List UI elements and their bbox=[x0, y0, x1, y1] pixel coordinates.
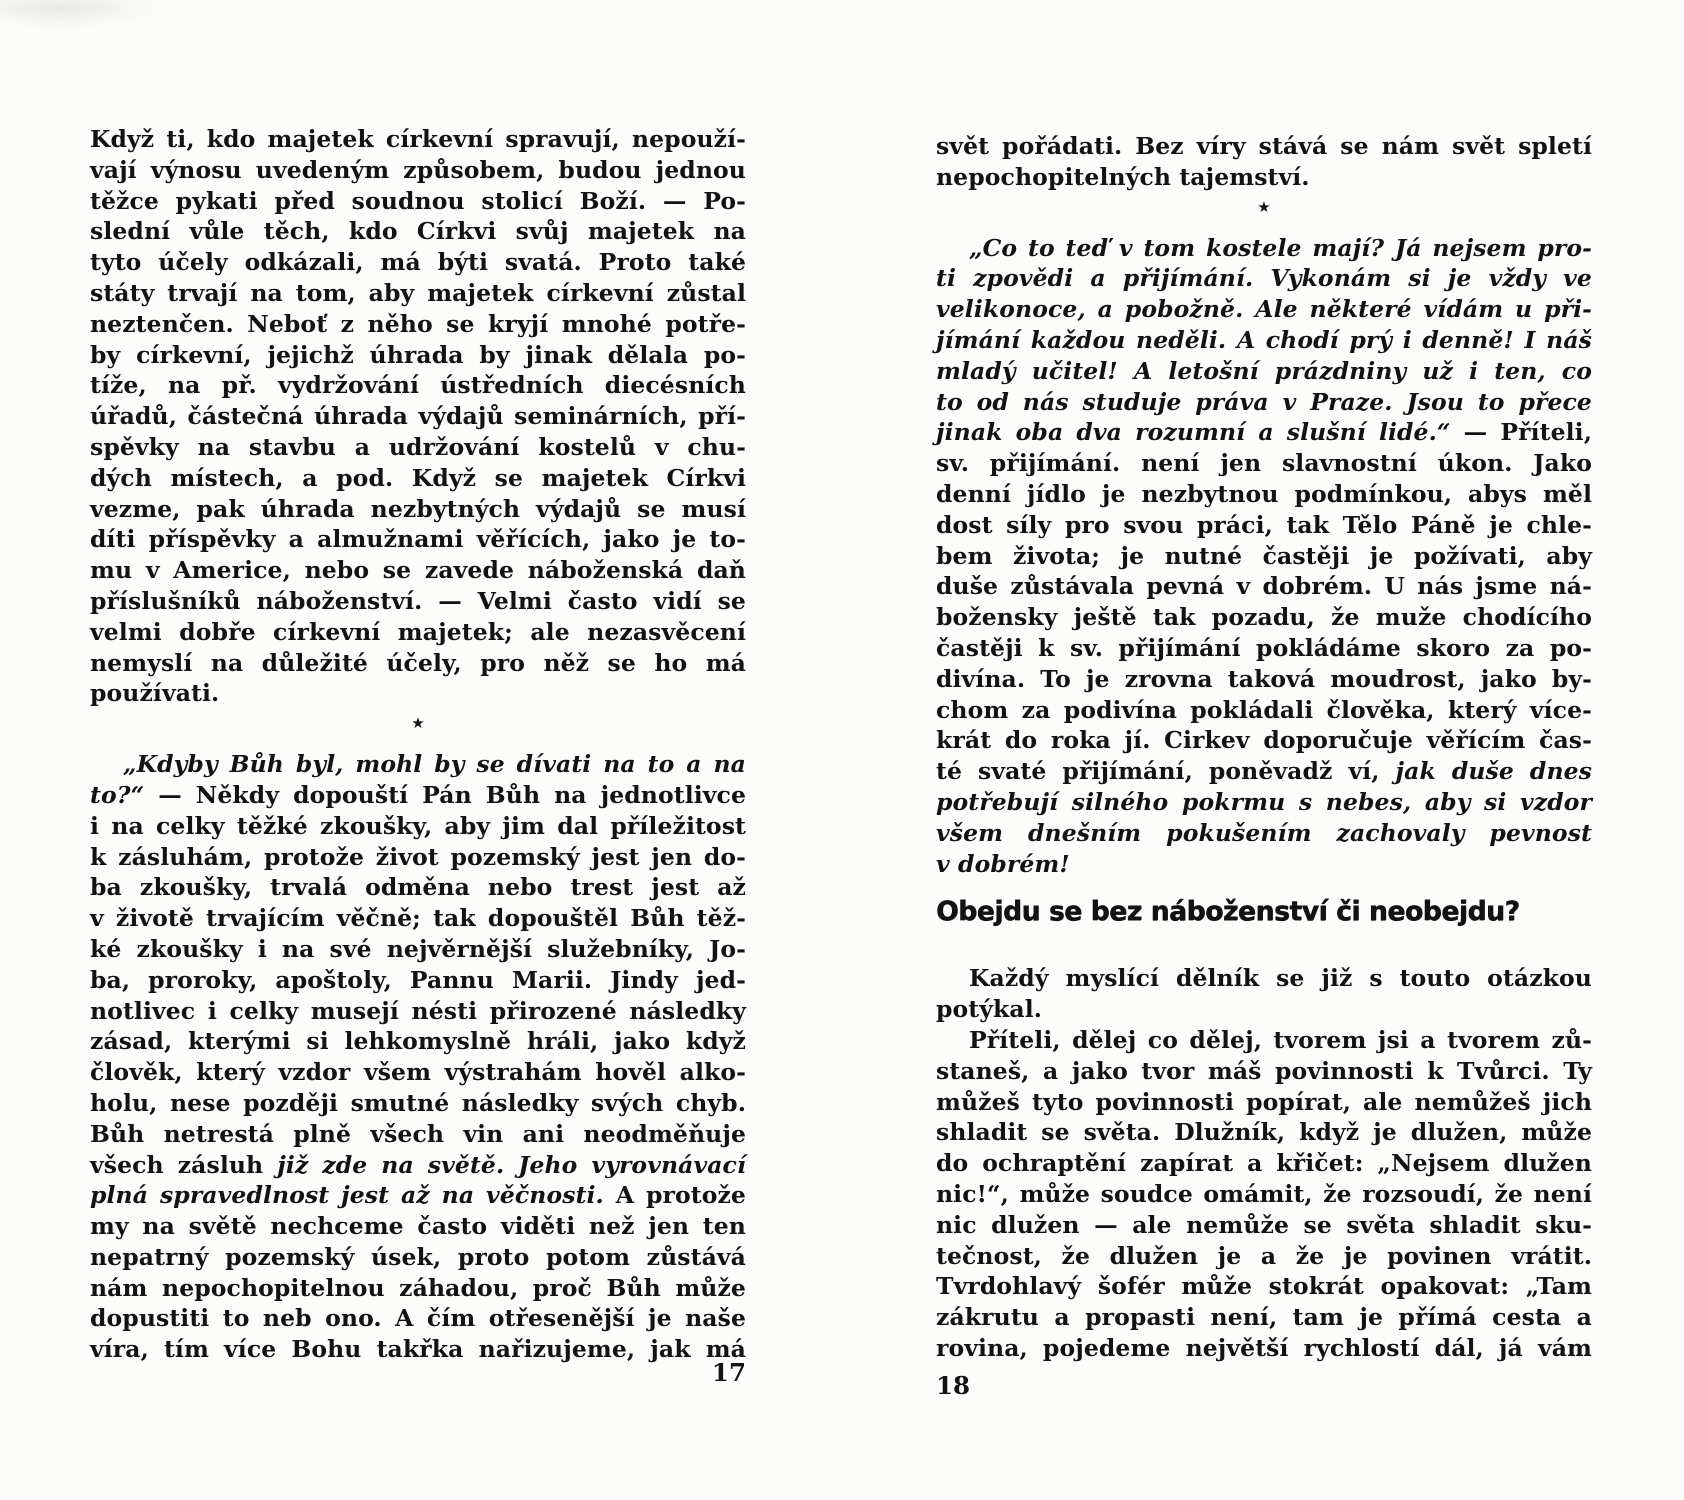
text-line: to?“ — Někdy dopouští Pán Bůh na jednotl… bbox=[90, 780, 746, 811]
paragraph: „Kdyby Bůh byl, mohl by se dívati na to … bbox=[90, 749, 746, 1365]
italic-text-segment: plná spravedlnost jest až na věčnosti. bbox=[90, 1181, 604, 1209]
text-line: nám nepochopitelnou záhadou, proč Bůh mů… bbox=[90, 1273, 746, 1304]
text-segment: státy trvají na tom, aby majetek církevn… bbox=[90, 279, 746, 307]
text-line: v životě trvajícím věčně; tak dopouštěl … bbox=[90, 903, 746, 934]
text-line: ti zpovědi a přijímání. Vykonám si je vž… bbox=[936, 263, 1592, 294]
section-separator: ★ bbox=[90, 709, 746, 749]
text-segment: spěvky na stavbu a udržování kostelů v c… bbox=[90, 433, 746, 461]
text-segment: tyto účely odkázali, má býti svatá. Prot… bbox=[90, 248, 746, 276]
text-line: potřebují silného pokrmu s nebes, aby si… bbox=[936, 787, 1592, 818]
text-segment: nepatrný pozemský úsek, proto potom zůst… bbox=[90, 1243, 746, 1271]
text-line: státy trvají na tom, aby majetek církevn… bbox=[90, 278, 746, 309]
text-line: shladit se světa. Dlužník, když je dluže… bbox=[936, 1117, 1592, 1148]
text-segment: shladit se světa. Dlužník, když je dluže… bbox=[936, 1118, 1592, 1146]
text-line: vezme, pak úhrada nezbytných výdajů se m… bbox=[90, 494, 746, 525]
text-line: tíže, na př. vydržování ústředních diecé… bbox=[90, 370, 746, 401]
text-segment: nic!“, může soudce omámit, že rozsoudí, … bbox=[936, 1180, 1592, 1208]
star-separator-icon: ★ bbox=[411, 716, 425, 731]
text-segment: můžeš tyto povinnosti popírat, ale nemůž… bbox=[936, 1088, 1592, 1116]
text-segment: mu v Americe, nebo se zavede náboženská … bbox=[90, 556, 746, 584]
text-line: dopustiti to neb ono. A čím otřesenější … bbox=[90, 1303, 746, 1334]
text-segment: velmi dobře církevní majetek; ale nezasv… bbox=[90, 618, 746, 646]
text-segment: i na celky těžké zkoušky, aby jim dal př… bbox=[90, 812, 746, 840]
italic-text-segment: jímání každou neděli. A chodí prý i denn… bbox=[936, 326, 1592, 354]
text-line: příslušníků náboženství. — Velmi často v… bbox=[90, 586, 746, 617]
text-line: slední vůle těch, kdo Církvi svůj majete… bbox=[90, 216, 746, 247]
star-separator-icon: ★ bbox=[1257, 200, 1271, 215]
text-line: nepochopitelných tajemství. bbox=[936, 162, 1592, 193]
text-segment: všech zásluh bbox=[90, 1151, 277, 1179]
text-segment: rovina, pojedeme největší rychlostí dál,… bbox=[936, 1334, 1592, 1362]
italic-text-segment: již zde na světě. Jeho vyrovnávací bbox=[277, 1151, 746, 1179]
text-segment: ba zkoušky, trvalá odměna nebo trest jes… bbox=[90, 873, 746, 901]
text-segment: — Někdy dopouští Pán Bůh na jednotlivce bbox=[158, 781, 746, 809]
text-line: velmi dobře církevní majetek; ale nezasv… bbox=[90, 617, 746, 648]
text-segment: člověk, který vzdor všem výstrahám hověl… bbox=[90, 1058, 746, 1086]
text-line: mu v Americe, nebo se zavede náboženská … bbox=[90, 555, 746, 586]
text-line: v dobrém! bbox=[936, 849, 1592, 880]
paragraph: Každý myslící dělník se již s touto otáz… bbox=[936, 963, 1592, 1025]
left-page-text-column: Když ti, kdo majetek církevní spravují, … bbox=[90, 124, 746, 1365]
text-segment: používati. bbox=[90, 679, 219, 707]
paragraph: Když ti, kdo majetek církevní spravují, … bbox=[90, 124, 746, 709]
text-line: vají výnosu uvedeným způsobem, budou jed… bbox=[90, 155, 746, 186]
text-line: nepatrný pozemský úsek, proto potom zůst… bbox=[90, 1242, 746, 1273]
paragraph: Příteli, dělej co dělej, tvorem jsi a tv… bbox=[936, 1025, 1592, 1364]
text-line: člověk, který vzdor všem výstrahám hověl… bbox=[90, 1057, 746, 1088]
text-segment: nic dlužen — ale nemůže se světa shladit… bbox=[936, 1211, 1592, 1239]
text-line: dých místech, a pod. Když se majetek Cír… bbox=[90, 463, 746, 494]
text-line: my na světě nechceme často viděti než je… bbox=[90, 1211, 746, 1242]
italic-text-segment: to?“ bbox=[90, 781, 158, 809]
text-line: denní jídlo je nezbytnou podmínkou, abys… bbox=[936, 479, 1592, 510]
text-line: spěvky na stavbu a udržování kostelů v c… bbox=[90, 432, 746, 463]
text-segment: slední vůle těch, kdo Církvi svůj majete… bbox=[90, 217, 746, 245]
text-segment: nám nepochopitelnou záhadou, proč Bůh mů… bbox=[90, 1274, 746, 1302]
text-line: by církevní, jejichž úhrada by jinak děl… bbox=[90, 340, 746, 371]
text-line: rovina, pojedeme největší rychlostí dál,… bbox=[936, 1333, 1592, 1364]
right-page-text-column: svět pořádati. Bez víry stává se nám svě… bbox=[936, 131, 1592, 1364]
text-segment: vezme, pak úhrada nezbytných výdajů se m… bbox=[90, 495, 746, 523]
text-line: to od nás studuje práva v Praze. Jsou to… bbox=[936, 387, 1592, 418]
text-segment: dopustiti to neb ono. A čím otřesenější … bbox=[90, 1304, 746, 1332]
text-line: i na celky těžké zkoušky, aby jim dal př… bbox=[90, 811, 746, 842]
text-segment: zásad, kterými si lehkomyslně hráli, jak… bbox=[90, 1027, 746, 1055]
text-segment: dých místech, a pod. Když se majetek Cír… bbox=[90, 464, 746, 492]
text-line: díti příspěvky a almužnami věřících, jak… bbox=[90, 524, 746, 555]
text-segment: Každý myslící dělník se již s touto otáz… bbox=[969, 964, 1592, 992]
text-segment: ké zkoušky i na své nejvěrnější služební… bbox=[90, 935, 746, 963]
text-segment: zákrutu a propasti není, tam je přímá ce… bbox=[936, 1303, 1592, 1331]
text-line: Příteli, dělej co dělej, tvorem jsi a tv… bbox=[936, 1025, 1592, 1056]
text-segment: úřadů, částečná úhrada výdajů seminárníc… bbox=[90, 402, 746, 430]
text-segment: notlivec i celky musejí nésti přirozené … bbox=[90, 997, 746, 1025]
text-line: k zásluhám, protože život pozemský jest … bbox=[90, 842, 746, 873]
text-line: svět pořádati. Bez víry stává se nám svě… bbox=[936, 131, 1592, 162]
text-line: divína. To je zrovna taková moudrost, ja… bbox=[936, 664, 1592, 695]
text-line: těžce pykati před soudnou stolicí Boží. … bbox=[90, 186, 746, 217]
text-line: ba zkoušky, trvalá odměna nebo trest jes… bbox=[90, 872, 746, 903]
text-segment: krát do roka jí. Cirkev doporučuje věříc… bbox=[936, 726, 1592, 754]
text-segment: vají výnosu uvedeným způsobem, budou jed… bbox=[90, 156, 746, 184]
text-line: můžeš tyto povinnosti popírat, ale nemůž… bbox=[936, 1087, 1592, 1118]
text-segment: nemyslí na důležité účely, pro něž se ho… bbox=[90, 649, 746, 677]
text-line: tečnost, že dlužen je a že je povinen vr… bbox=[936, 1241, 1592, 1272]
italic-text-segment: jak duše dnes bbox=[1396, 757, 1593, 785]
text-line: nic!“, může soudce omámit, že rozsoudí, … bbox=[936, 1179, 1592, 1210]
text-segment: těžce pykati před soudnou stolicí Boží. … bbox=[90, 187, 746, 215]
text-line: té svaté přijímání, poněvadž ví, jak duš… bbox=[936, 756, 1592, 787]
text-line: „Kdyby Bůh byl, mohl by se dívati na to … bbox=[90, 749, 746, 780]
text-segment: divína. To je zrovna taková moudrost, ja… bbox=[936, 665, 1592, 693]
italic-text-segment: v dobrém! bbox=[936, 850, 1070, 878]
text-line: častěji k sv. přijímání pokládáme skoro … bbox=[936, 633, 1592, 664]
text-segment: v životě trvajícím věčně; tak dopouštěl … bbox=[90, 904, 746, 932]
text-line: všech zásluh již zde na světě. Jeho vyro… bbox=[90, 1150, 746, 1181]
text-line: zásad, kterými si lehkomyslně hráli, jak… bbox=[90, 1026, 746, 1057]
text-segment: Když ti, kdo majetek církevní spravují, … bbox=[90, 125, 746, 153]
italic-text-segment: všem dnešním pokušením zachovaly pevnost bbox=[936, 819, 1592, 847]
text-segment: příslušníků náboženství. — Velmi často v… bbox=[90, 587, 746, 615]
text-line: používati. bbox=[90, 678, 746, 709]
text-line: úřadů, částečná úhrada výdajů seminárníc… bbox=[90, 401, 746, 432]
text-line: staneš, a jako tvor máš povinnosti k Tvů… bbox=[936, 1056, 1592, 1087]
text-segment: by církevní, jejichž úhrada by jinak děl… bbox=[90, 341, 746, 369]
text-line: do ochraptění zapírat a křičet: „Nejsem … bbox=[936, 1148, 1592, 1179]
text-segment: holu, nese později smutné následky svých… bbox=[90, 1089, 746, 1117]
text-line: nic dlužen — ale nemůže se světa shladit… bbox=[936, 1210, 1592, 1241]
text-line: ba, proroky, apoštoly, Pannu Marii. Jind… bbox=[90, 965, 746, 996]
text-line: plná spravedlnost jest až na věčnosti. A… bbox=[90, 1180, 746, 1211]
italic-text-segment: potřebují silného pokrmu s nebes, aby si… bbox=[936, 788, 1592, 816]
section-separator: ★ bbox=[936, 193, 1592, 233]
text-line: duše zůstávala pevná v dobrém. U nás jsm… bbox=[936, 571, 1592, 602]
text-line: nemyslí na důležité účely, pro něž se ho… bbox=[90, 648, 746, 679]
text-segment: do ochraptění zapírat a křičet: „Nejsem … bbox=[936, 1149, 1592, 1177]
text-segment: Bůh netrestá plně všech vin ani neodměňu… bbox=[90, 1120, 746, 1148]
text-line: ké zkoušky i na své nejvěrnější služební… bbox=[90, 934, 746, 965]
scanned-book-spread: Když ti, kdo majetek církevní spravují, … bbox=[0, 0, 1684, 1500]
text-segment: — Příteli, bbox=[1464, 418, 1592, 446]
text-segment: svět pořádati. Bez víry stává se nám svě… bbox=[936, 132, 1592, 160]
italic-text-segment: „Kdyby Bůh byl, mohl by se dívati na to … bbox=[123, 750, 746, 778]
italic-text-segment: to od nás studuje práva v Praze. Jsou to… bbox=[936, 388, 1592, 416]
text-line: jinak oba dva rozumní a slušní lidé.“ — … bbox=[936, 417, 1592, 448]
text-segment: tečnost, že dlužen je a že je povinen vr… bbox=[936, 1242, 1592, 1270]
text-line: Každý myslící dělník se již s touto otáz… bbox=[936, 963, 1592, 994]
text-segment: k zásluhám, protože život pozemský jest … bbox=[90, 843, 746, 871]
text-segment: božensky ještě tak pozadu, že muže chodí… bbox=[936, 603, 1592, 631]
text-line: zákrutu a propasti není, tam je přímá ce… bbox=[936, 1302, 1592, 1333]
text-line: dost síly pro svou práci, tak Tělo Páně … bbox=[936, 510, 1592, 541]
italic-text-segment: mladý učitel! A letošní prázdniny už i t… bbox=[936, 357, 1592, 385]
text-segment: A protože bbox=[604, 1181, 746, 1209]
text-line: potýkal. bbox=[936, 994, 1592, 1025]
text-segment: Příteli, dělej co dělej, tvorem jsi a tv… bbox=[969, 1026, 1592, 1054]
italic-text-segment: „Co to teď v tom kostele mají? Já nejsem… bbox=[969, 234, 1592, 262]
text-line: mladý učitel! A letošní prázdniny už i t… bbox=[936, 356, 1592, 387]
text-line: Když ti, kdo majetek církevní spravují, … bbox=[90, 124, 746, 155]
text-segment: neztenčen. Neboť z něho se kryjí mnohé p… bbox=[90, 310, 746, 338]
italic-text-segment: velikonoce, a pobožně. Ale některé vídám… bbox=[936, 295, 1592, 323]
text-line: „Co to teď v tom kostele mají? Já nejsem… bbox=[936, 233, 1592, 264]
text-line: notlivec i celky musejí nésti přirozené … bbox=[90, 996, 746, 1027]
paragraph: svět pořádati. Bez víry stává se nám svě… bbox=[936, 131, 1592, 193]
page-number-left: 17 bbox=[90, 1358, 748, 1387]
text-segment: dost síly pro svou práci, tak Tělo Páně … bbox=[936, 511, 1592, 539]
text-segment: chom za podivína pokládali člověka, kter… bbox=[936, 696, 1592, 724]
text-segment: tíže, na př. vydržování ústředních diecé… bbox=[90, 371, 746, 399]
text-line: chom za podivína pokládali člověka, kter… bbox=[936, 695, 1592, 726]
text-segment: ba, proroky, apoštoly, Pannu Marii. Jind… bbox=[90, 966, 746, 994]
text-line: sv. přijímání. není jen slavnostní úkon.… bbox=[936, 448, 1592, 479]
text-line: božensky ještě tak pozadu, že muže chodí… bbox=[936, 602, 1592, 633]
text-segment: bem života; je nutné častěji je požívati… bbox=[936, 542, 1592, 570]
text-segment: Tvrdohlavý šofér může stokrát opakovat: … bbox=[936, 1272, 1592, 1300]
italic-text-segment: jinak oba dva rozumní a slušní lidé.“ bbox=[936, 418, 1464, 446]
text-line: jímání každou neděli. A chodí prý i denn… bbox=[936, 325, 1592, 356]
text-segment: sv. přijímání. není jen slavnostní úkon.… bbox=[936, 449, 1592, 477]
text-segment: nepochopitelných tajemství. bbox=[936, 163, 1310, 191]
text-line: tyto účely odkázali, má býti svatá. Prot… bbox=[90, 247, 746, 278]
text-line: krát do roka jí. Cirkev doporučuje věříc… bbox=[936, 725, 1592, 756]
paragraph: „Co to teď v tom kostele mají? Já nejsem… bbox=[936, 233, 1592, 880]
text-segment: díti příspěvky a almužnami věřících, jak… bbox=[90, 525, 746, 553]
text-line: holu, nese později smutné následky svých… bbox=[90, 1088, 746, 1119]
text-line: Bůh netrestá plně všech vin ani neodměňu… bbox=[90, 1119, 746, 1150]
text-line: velikonoce, a pobožně. Ale některé vídám… bbox=[936, 294, 1592, 325]
text-segment: potýkal. bbox=[936, 995, 1042, 1023]
text-line: všem dnešním pokušením zachovaly pevnost bbox=[936, 818, 1592, 849]
text-segment: staneš, a jako tvor máš povinnosti k Tvů… bbox=[936, 1057, 1592, 1085]
text-segment: duše zůstávala pevná v dobrém. U nás jsm… bbox=[936, 572, 1592, 600]
text-line: neztenčen. Neboť z něho se kryjí mnohé p… bbox=[90, 309, 746, 340]
text-segment: té svaté přijímání, poněvadž ví, bbox=[936, 757, 1396, 785]
italic-text-segment: ti zpovědi a přijímání. Vykonám si je vž… bbox=[936, 264, 1592, 292]
text-line: Tvrdohlavý šofér může stokrát opakovat: … bbox=[936, 1271, 1592, 1302]
page-number-right: 18 bbox=[936, 1371, 1592, 1400]
text-segment: my na světě nechceme často viděti než je… bbox=[90, 1212, 746, 1240]
section-heading: Obejdu se bez náboženství či neobejdu? bbox=[936, 894, 1592, 930]
text-segment: denní jídlo je nezbytnou podmínkou, abys… bbox=[936, 480, 1592, 508]
text-line: bem života; je nutné častěji je požívati… bbox=[936, 541, 1592, 572]
text-segment: častěji k sv. přijímání pokládáme skoro … bbox=[936, 634, 1592, 662]
